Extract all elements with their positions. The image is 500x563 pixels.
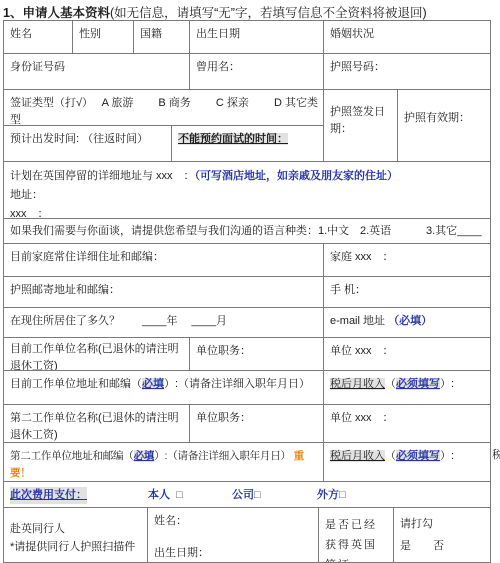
cell-id-number: 身份证号码	[4, 54, 190, 90]
cell-work2-address: 第二工作单位地址和邮编（必填）:（请备注详细入职年月日） 重要！	[4, 443, 324, 482]
email-required-flag: （必填）	[388, 315, 432, 327]
cell-marital-status: 婚姻状况	[324, 21, 491, 54]
income-required-flag: 必须填写	[396, 378, 440, 390]
companion-name-label: 姓名：	[154, 513, 313, 530]
cell-work1-name: 目前工作单位名称(已退休的请注明退休工资)	[4, 338, 190, 371]
cell-gender: 性别	[73, 21, 134, 54]
language-question: 如果我们需要与你面谈，请提供您希望与我们沟通的语言种类：1.中文	[10, 223, 349, 240]
cell-work2-name: 第二工作单位名称(已退休的请注明退休工资)	[4, 405, 190, 443]
checkbox-icon: □	[254, 489, 261, 501]
cell-language-choice: 如果我们需要与你面谈，请提供您希望与我们沟通的语言种类：1.中文 2.英语 3.…	[4, 219, 491, 244]
cell-passport-issue-date: 护照签发日期：	[324, 90, 398, 162]
language-option-other: 3.其它____	[426, 223, 482, 240]
cell-passport-validity: 护照有效期：	[398, 90, 491, 162]
cell-former-name: 曾用名：	[190, 54, 324, 90]
stay-address-line1: 计划在英国停留的详细地址与 xxx ：（可写酒店地址，如亲戚及朋友家的住址）	[10, 167, 485, 186]
cell-email: e-mail 地址 （必填）	[324, 308, 491, 338]
cell-income1: 税后月收入（必须填写）:	[324, 371, 491, 405]
cell-work1-xxx: 单位 xxx ：	[324, 338, 491, 371]
cell-name: 姓名	[4, 21, 73, 54]
cell-uk-stay-address: 计划在英国停留的详细地址与 xxx ：（可写酒店地址，如亲戚及朋友家的住址） 地…	[4, 162, 491, 219]
cell-passport-mail-address: 护照邮寄地址和邮编：	[4, 277, 324, 308]
stay-address-line3: xxx ：	[10, 205, 485, 219]
payment-option-company: 公司□	[232, 487, 261, 504]
income-label-2: 税后月收入	[330, 450, 385, 462]
required-flag-2: 必填	[134, 450, 155, 462]
cell-tick-yes-no: 请打勾 是 否	[394, 508, 491, 563]
stay-address-line2: 地址：	[10, 186, 485, 205]
cell-no-interview-time: 不能预约面试的时间：	[172, 126, 324, 162]
cell-payment: 此次费用支付： 本人 □ 公司□ 外方□	[4, 482, 491, 508]
cell-departure-time: 预计出发时间: （往返时间）	[4, 126, 172, 162]
applicant-info-table: 姓名 性别 国籍 出生日期 婚姻状况 身份证号码 曾用名： 护照号码： 签证类型…	[3, 20, 491, 563]
no-interview-time-label: 不能预约面试的时间：	[178, 133, 288, 145]
cell-work1-position: 单位职务：	[190, 338, 324, 371]
payment-option-foreign: 外方□	[317, 487, 346, 504]
clipped-right-column: 税后月收入	[492, 446, 500, 462]
checkbox-icon: □	[339, 489, 346, 501]
email-label: e-mail 地址	[330, 315, 385, 327]
cell-live-duration: 在现住所居住了多久？ ____年 ____月	[4, 308, 324, 338]
required-flag: 必填	[142, 378, 164, 390]
cell-home-address: 目前家庭常住详细住址和邮编：	[4, 244, 324, 277]
income-label: 税后月收入	[330, 378, 385, 390]
companion-label: 赴英同行人	[10, 520, 142, 538]
tick-label: 请打勾	[400, 513, 485, 535]
cell-work1-address: 目前工作单位地址和邮编（必填）:（请备注详细入职年月日）	[4, 371, 324, 405]
cell-visa-type: 签证类型（打√） A 旅游 B 商务 C 探亲 D 其它类型	[4, 90, 324, 126]
title-note: (如无信息，请填写“无”字，若填写信息不全资料将被退回)	[110, 6, 427, 20]
payment-option-self: 本人 □	[148, 487, 183, 504]
cell-mobile: 手 机：	[324, 277, 491, 308]
cell-nationality: 国籍	[134, 21, 190, 54]
section-number-title: 1、申请人基本资料	[3, 6, 110, 20]
companion-dob-label: 出生日期：	[154, 545, 313, 562]
cell-income2: 税后月收入（必须填写）:	[324, 443, 491, 482]
cell-home-xxx: 家庭 xxx ：	[324, 244, 491, 277]
companion-note: *请提供同行人护照扫描件	[10, 538, 142, 556]
payment-label: 此次费用支付：	[10, 487, 87, 504]
cell-companion-name-dob: 姓名： 出生日期：	[148, 508, 319, 563]
cell-uk-visa-question: 是否已经获得英国签证	[319, 508, 394, 563]
visa-application-form: 1、申请人基本资料(如无信息，请填写“无”字，若填写信息不全资料将被退回) 姓名…	[0, 0, 500, 563]
yes-no-options: 是 否	[400, 535, 485, 557]
page-title: 1、申请人基本资料(如无信息，请填写“无”字，若填写信息不全资料将被退回)	[3, 3, 427, 21]
language-option-english: 2.英语	[360, 223, 391, 240]
cell-companion: 赴英同行人 *请提供同行人护照扫描件	[4, 508, 148, 563]
cell-work2-xxx: 单位 xxx ：	[324, 405, 491, 443]
cell-passport-number: 护照号码：	[324, 54, 491, 90]
checkbox-icon: □	[176, 489, 183, 501]
cell-birth-date: 出生日期	[190, 21, 324, 54]
stay-address-hint: （可写酒店地址，如亲戚及朋友家的住址）	[195, 170, 399, 182]
income-required-flag-2: 必须填写	[396, 450, 440, 462]
cell-work2-position: 单位职务：	[190, 405, 324, 443]
